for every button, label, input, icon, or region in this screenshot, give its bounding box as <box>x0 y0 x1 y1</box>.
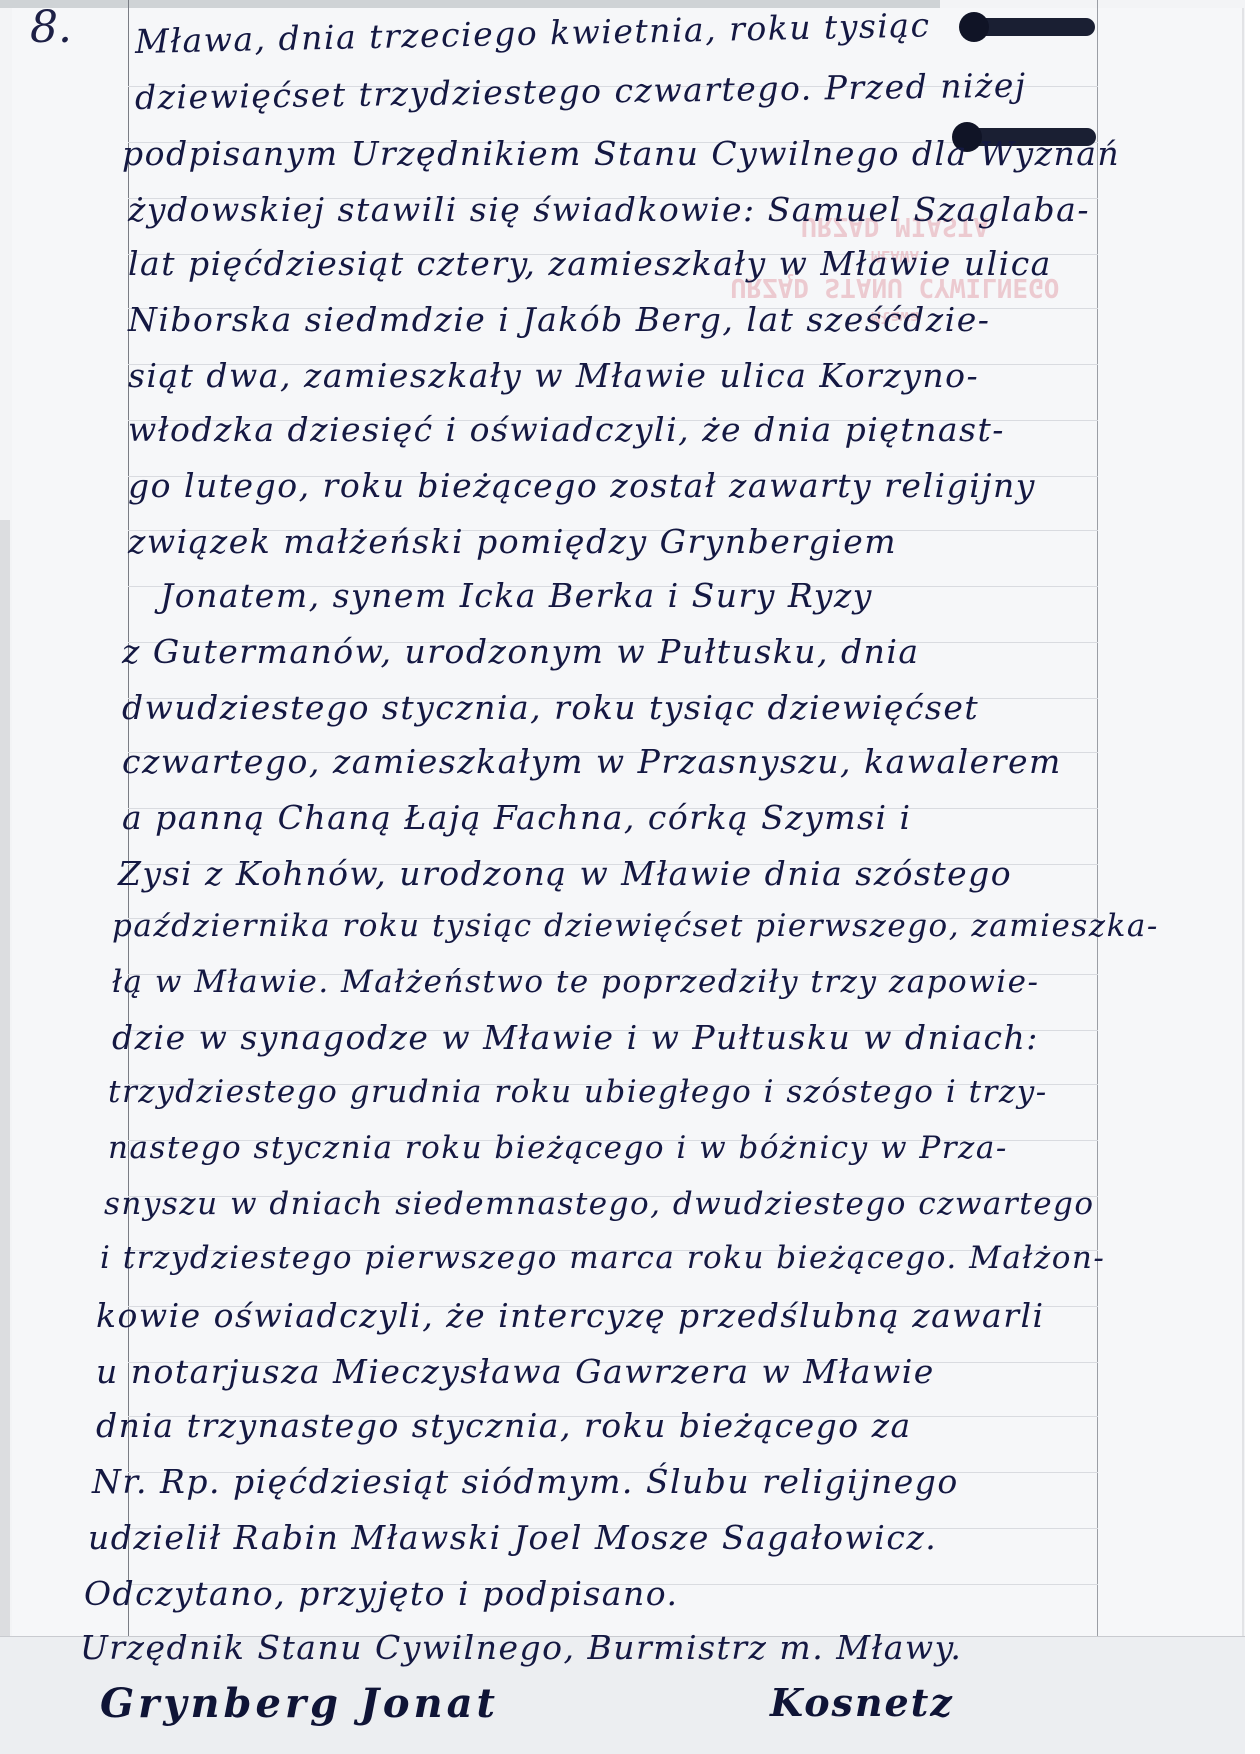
text-line: Niborska siedmdzie i Jakób Berg, lat sze… <box>128 300 1113 339</box>
text-line: Jonatem, synem Icka Berka i Sury Ryzy <box>160 576 1145 615</box>
groom-signature: Grynberg Jonat <box>100 1680 499 1727</box>
text-line: Zysi z Kohnów, urodzoną w Mławie dnia sz… <box>118 854 1103 893</box>
text-line: dwudziestego stycznia, roku tysiąc dziew… <box>122 688 1107 727</box>
text-line: kowie oświadczyli, że intercyzę przedślu… <box>96 1296 1081 1335</box>
scan-edge-top <box>0 0 940 8</box>
scan-edge-left <box>0 520 10 1754</box>
text-line: siąt dwa, zamieszkały w Mławie ulica Kor… <box>128 356 1113 395</box>
text-line: października roku tysiąc dziewięćset pie… <box>112 908 1097 944</box>
text-line: Nr. Rp. pięćdziesiąt siódmym. Ślubu reli… <box>92 1462 1077 1501</box>
entry-number: 8. <box>30 2 72 53</box>
text-line: nastego stycznia roku bieżącego i w bóżn… <box>108 1130 1093 1166</box>
text-line: dzie w synagodze w Mławie i w Pułtusku w… <box>112 1018 1097 1057</box>
text-line: trzydziestego grudnia roku ubiegłego i s… <box>108 1074 1093 1110</box>
text-line: Odczytano, przyjęto i podpisano. <box>84 1574 1069 1613</box>
text-line: z Gutermanów, urodzonym w Pułtusku, dnia <box>122 632 1107 671</box>
text-line: go lutego, roku bieżącego został zawarty… <box>128 466 1113 505</box>
text-line: Urzędnik Stanu Cywilnego, Burmistrz m. M… <box>80 1628 1065 1667</box>
text-line: podpisanym Urzędnikiem Stanu Cywilnego d… <box>122 134 1107 173</box>
official-signature: Kosnetz <box>770 1680 954 1725</box>
text-line: snyszu w dniach siedemnastego, dwudziest… <box>104 1186 1089 1222</box>
text-line: czwartego, zamieszkałym w Przasnyszu, ka… <box>122 742 1107 781</box>
text-line: włodzka dziesięć i oświadczyli, że dnia … <box>128 410 1113 449</box>
text-line: żydowskiej stawili się świadkowie: Samue… <box>128 190 1113 229</box>
text-line: i trzydziestego pierwszego marca roku bi… <box>100 1240 1085 1276</box>
text-line: związek małżeński pomiędzy Grynbergiem <box>128 522 1113 561</box>
text-line: udzielił Rabin Mławski Joel Mosze Sagało… <box>88 1518 1073 1557</box>
text-line: dnia trzynastego stycznia, roku bieżąceg… <box>96 1406 1081 1445</box>
text-line: u notarjusza Mieczysława Gawrzera w Mław… <box>96 1352 1081 1391</box>
text-line: łą w Mławie. Małżeństwo te poprzedziły t… <box>112 964 1097 1000</box>
text-line: lat pięćdziesiąt cztery, zamieszkały w M… <box>128 244 1113 283</box>
text-line: a panną Chaną Łają Fachna, córką Szymsi … <box>122 798 1107 837</box>
